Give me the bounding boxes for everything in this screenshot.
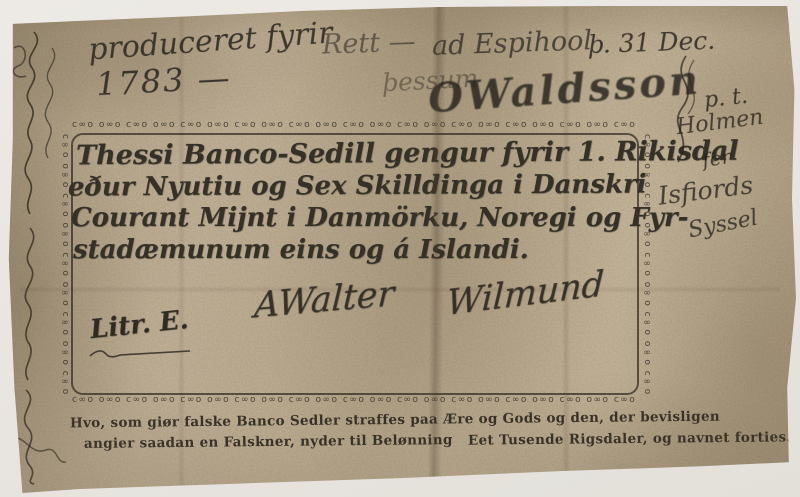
right-margin-line-2: fer [700,144,732,172]
banknote: produceret fyrir Rett — ad Espihool þ. 3… [0,0,800,497]
top-annotation-year: 1783 — [95,58,232,103]
ornamental-frame: c∞o o∞o c∞o o∞o c∞o o∞o c∞o o∞o c∞o o∞o … [58,122,652,406]
warning-line-2-right: Eet Tusende Rigsdaler, og navnet forties… [468,429,792,448]
denomination-line-3: Courant Mijnt i Danmörku, Noregi og Fyr- [71,203,688,233]
denomination-line-1: Thessi Banco-Sedill gengur fyrir 1. Riki… [76,136,739,172]
top-annotation-date: þ. 31 Dec. [588,26,716,59]
border-chain-top: c∞o o∞o c∞o o∞o c∞o o∞o c∞o o∞o c∞o o∞o … [72,120,638,132]
top-annotation-place: ad Espihool [432,25,593,62]
top-annotation-mid: Rett — [321,26,416,60]
denomination-line-4: stadæmunum eins og á Islandi. [73,235,529,265]
photo-backdrop: produceret fyrir Rett — ad Espihool þ. 3… [0,0,800,497]
border-chain-bottom: c∞o o∞o c∞o o∞o c∞o o∞o c∞o o∞o c∞o o∞o … [72,395,638,407]
denomination-line-2: eður Nyutiu og Sex Skilldinga i Danskri [68,169,647,202]
series-underline-flourish [86,346,196,362]
